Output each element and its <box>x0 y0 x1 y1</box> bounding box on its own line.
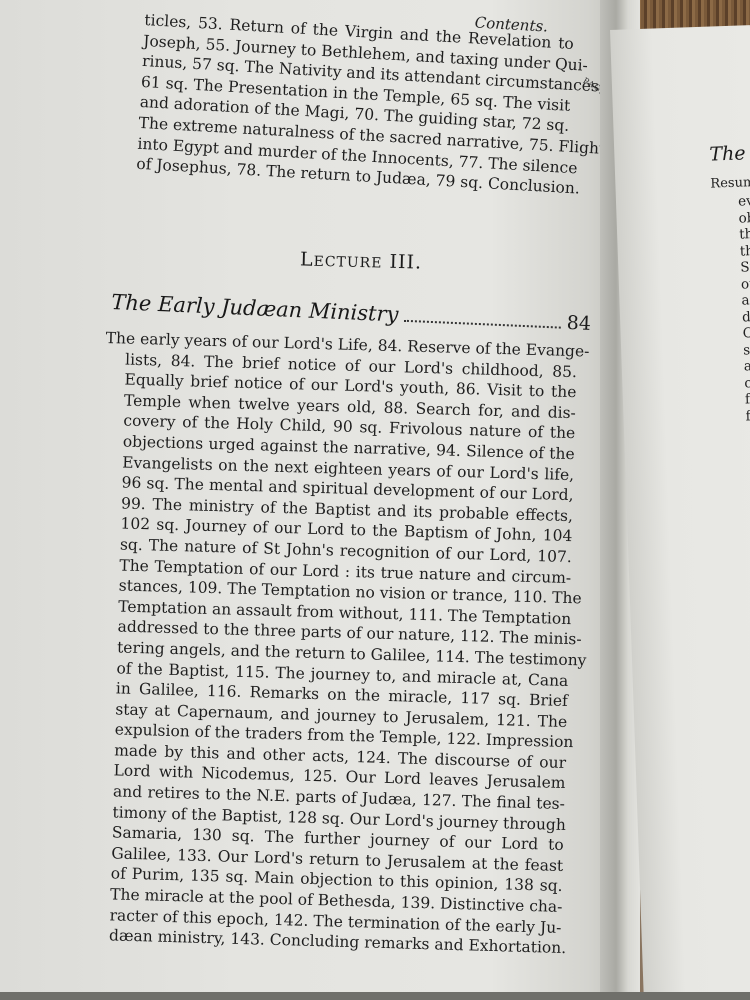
right-page-line-fragments: ev ob th th St ou a d C s a c f f <box>738 193 750 424</box>
line-fragment: th <box>740 243 750 260</box>
page-bottom-edge <box>0 992 750 1000</box>
line-fragment: ev <box>738 193 750 210</box>
lecture-heading-smallcaps: ECTURE <box>313 254 382 272</box>
running-head: Contents. <box>474 12 548 37</box>
line-fragment: ob <box>738 210 750 227</box>
line-fragment: th <box>739 226 750 243</box>
line-fragment: s <box>743 341 750 358</box>
line-fragment: d <box>742 308 750 325</box>
lecture-summary: The early years of our Lord's Life, 84. … <box>89 328 578 959</box>
line-fragment: C <box>742 325 750 342</box>
left-page: Contents. ticles, 53. Return of the Virg… <box>0 0 612 995</box>
chapter-page-number: 84 <box>566 312 591 335</box>
line-fragment: a <box>744 358 750 375</box>
line-fragment: ou <box>741 276 750 293</box>
line-fragment: St <box>740 259 750 276</box>
line-fragment: f <box>745 407 750 424</box>
dot-leader <box>404 308 561 329</box>
line-fragment: a <box>741 292 750 309</box>
line-fragment: f <box>745 391 750 408</box>
previous-lecture-summary: Contents. ticles, 53. Return of the Virg… <box>136 10 575 198</box>
right-page-resume-fragment: Resum <box>710 173 750 195</box>
lecture-numeral: III. <box>389 251 422 274</box>
lecture-heading: LECTURE III. <box>300 248 423 273</box>
line-fragment: c <box>744 374 750 391</box>
lecture-heading-initial: L <box>300 248 314 270</box>
right-page-title-fragment: The <box>709 143 746 165</box>
chapter-title: The Early Judæan Ministry <box>111 290 399 327</box>
